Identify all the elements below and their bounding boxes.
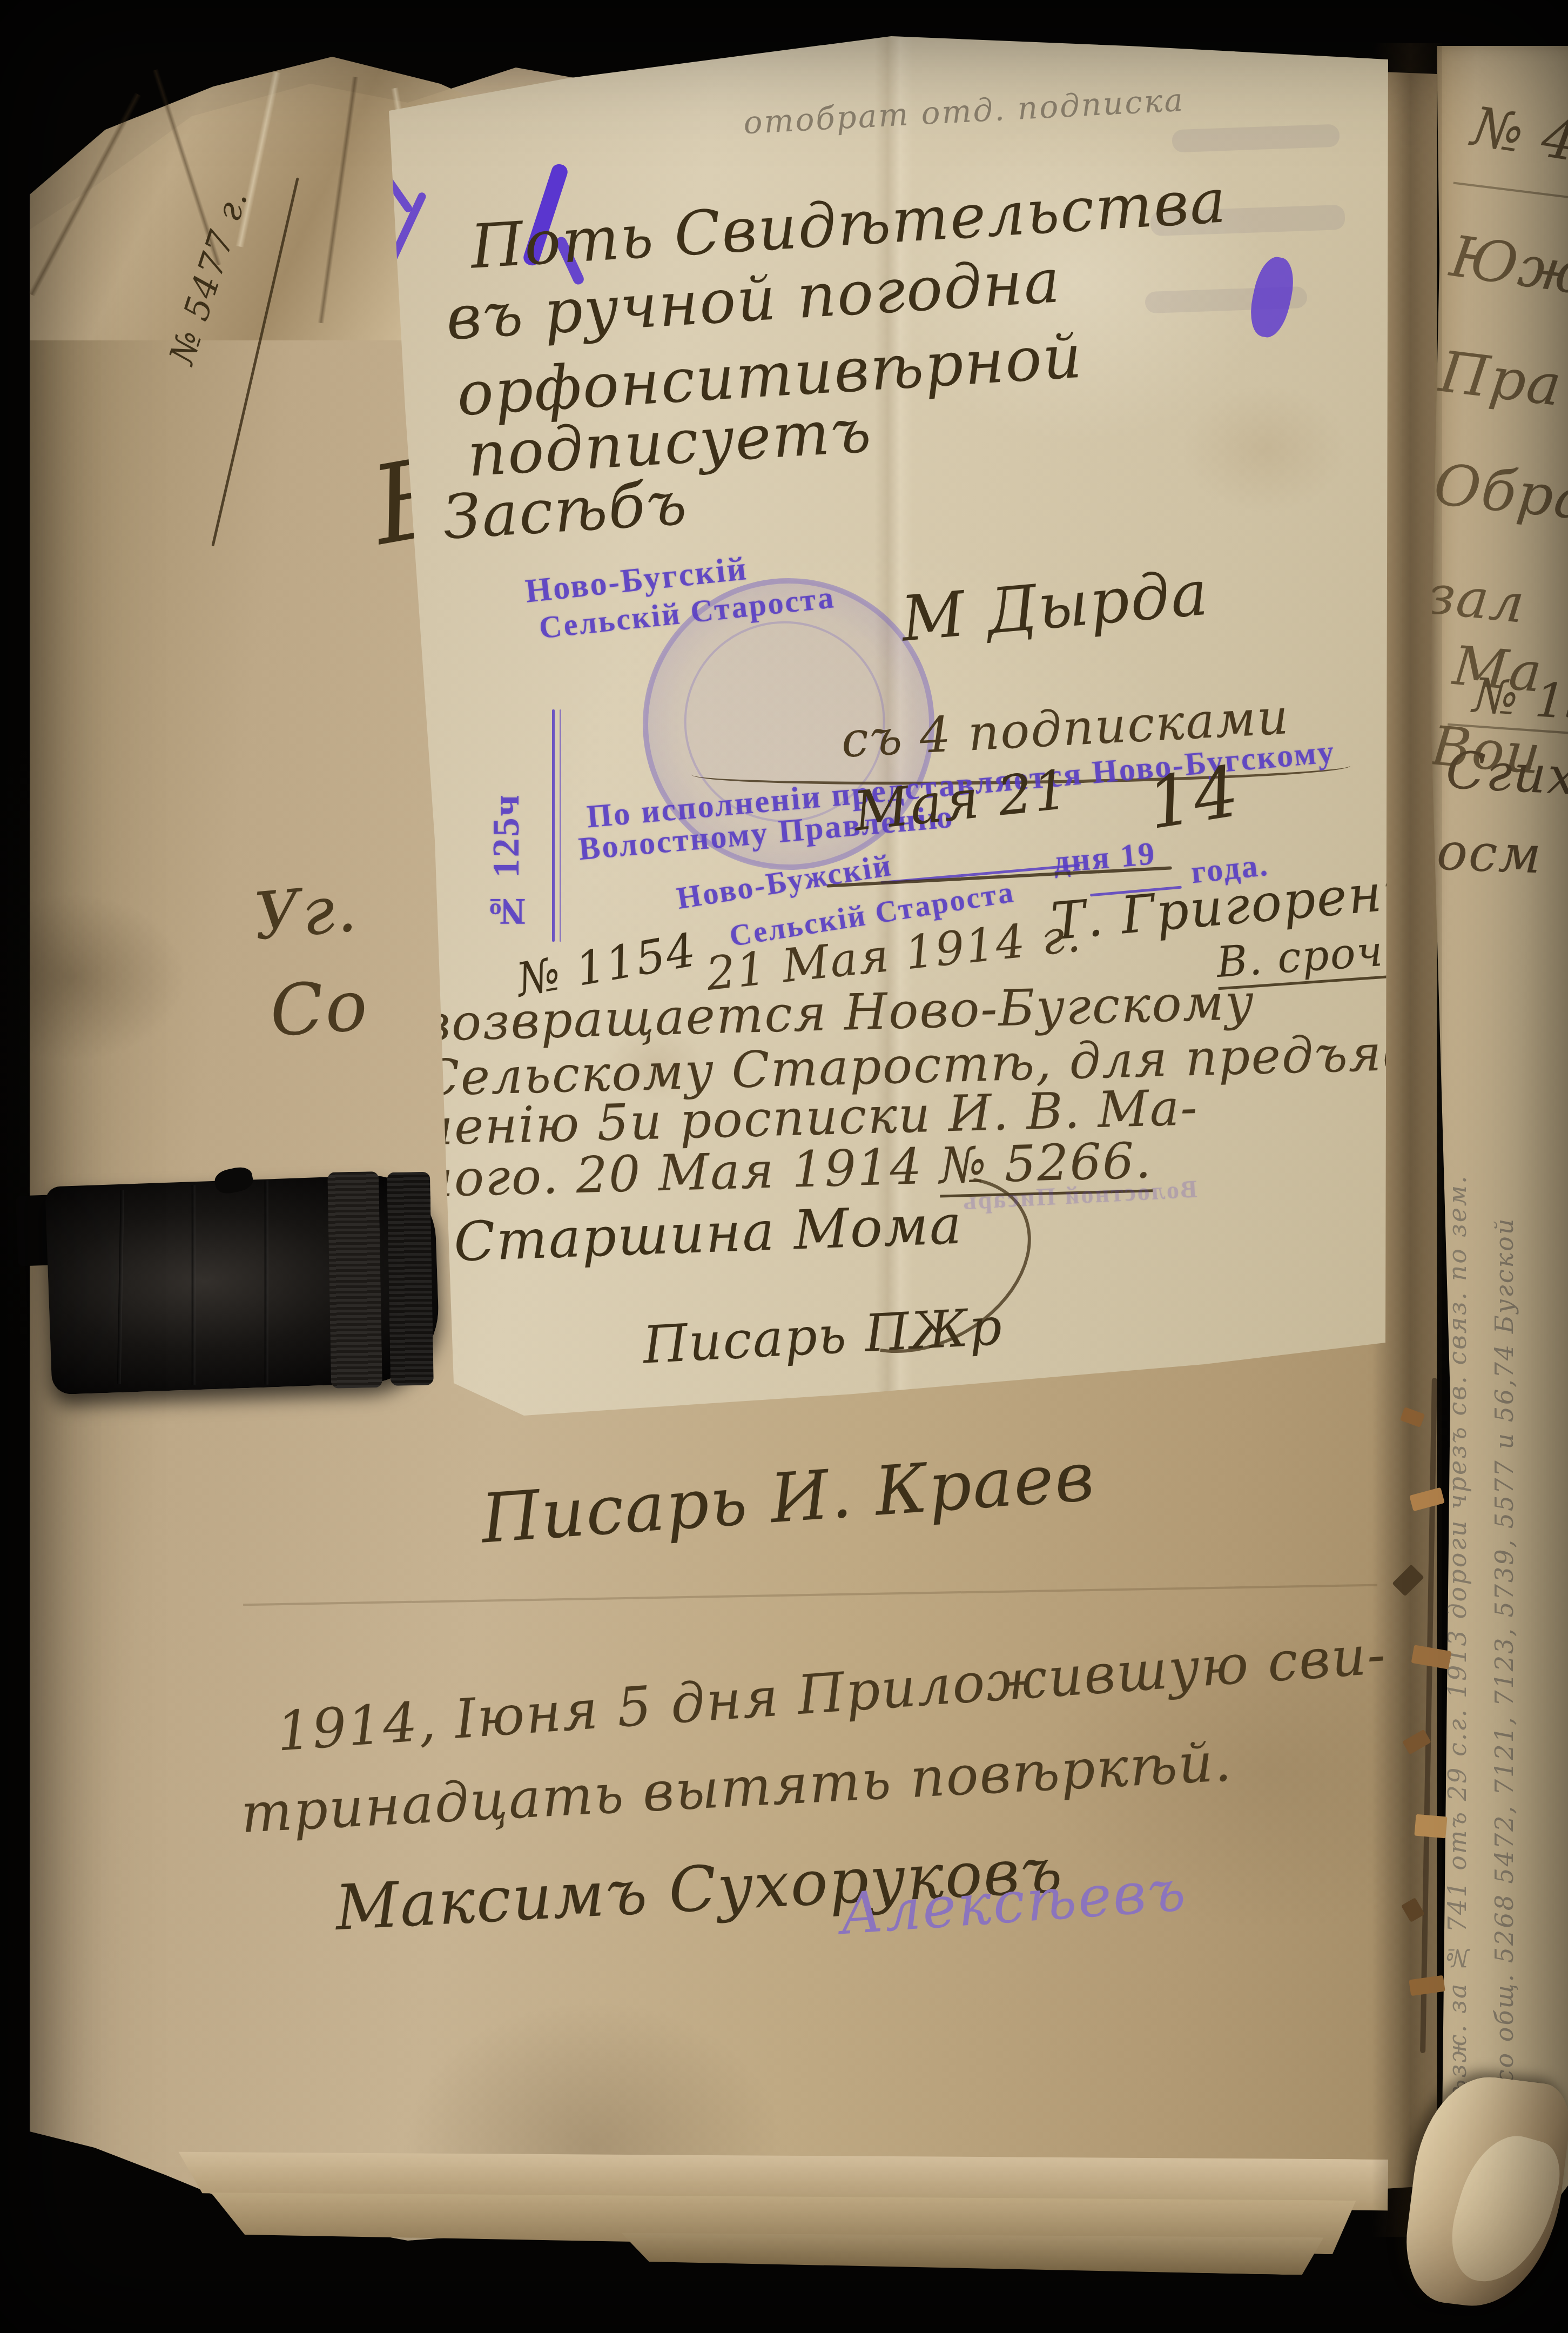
right-page-line: № 40 bbox=[1468, 95, 1568, 179]
handwritten-title-line: Засѣбъ bbox=[441, 468, 689, 553]
right-page: № 40 Юж Пра Обра зал Ма Вои № 13 Сгих ос… bbox=[1421, 46, 1568, 2283]
paper-debris bbox=[1414, 1814, 1447, 1839]
rotated-pencil-annotation: проѣзж. за № 741 отъ 29 с.г. 1913 дороги… bbox=[1434, 1353, 1529, 2153]
strap-seam bbox=[192, 1185, 196, 1385]
signature-dyrda: М Дырда bbox=[898, 557, 1212, 655]
right-page-case-number: № 13 bbox=[1471, 667, 1568, 732]
margin-writing-fragment: Со bbox=[267, 964, 371, 1052]
right-page-line: Юж bbox=[1446, 223, 1568, 307]
rotated-pencil-line: кол. со общ. 5268 5472, 7121, 7123, 5739… bbox=[1481, 1353, 1528, 2153]
strap-seam bbox=[265, 1181, 268, 1385]
right-page-line: Пра bbox=[1436, 339, 1566, 419]
right-page-line: осм bbox=[1436, 822, 1543, 886]
case-number-text: № 125ч bbox=[486, 793, 527, 932]
margin-writing-fragment: Уг. bbox=[251, 871, 360, 955]
right-page-line: Обра bbox=[1431, 451, 1568, 533]
vertical-rule bbox=[552, 709, 555, 942]
stamp-filled-year: 14 bbox=[1142, 750, 1245, 846]
overlay-document: отобрат отд. подписка Поть Свидѣтельства… bbox=[340, 30, 1391, 1426]
strap-band bbox=[387, 1172, 434, 1386]
archival-photo: № 5477 г. б зу Зо Во Уг. Со Писарь И. Кр… bbox=[0, 0, 1568, 2333]
case-number-vertical: № 125ч bbox=[485, 743, 528, 932]
black-strap bbox=[15, 1174, 443, 1404]
signature-pisar: Писарь ПЖр bbox=[642, 1297, 1005, 1376]
right-page-line: Сгих bbox=[1444, 741, 1568, 807]
vertical-rule bbox=[560, 709, 561, 942]
strap-band bbox=[327, 1171, 382, 1389]
bleed-through-smudge bbox=[1172, 124, 1340, 153]
purple-ink-blot bbox=[1245, 253, 1299, 340]
underline-stroke bbox=[1453, 182, 1568, 199]
pencil-annotation: отобрат отд. подписка bbox=[743, 82, 1186, 142]
